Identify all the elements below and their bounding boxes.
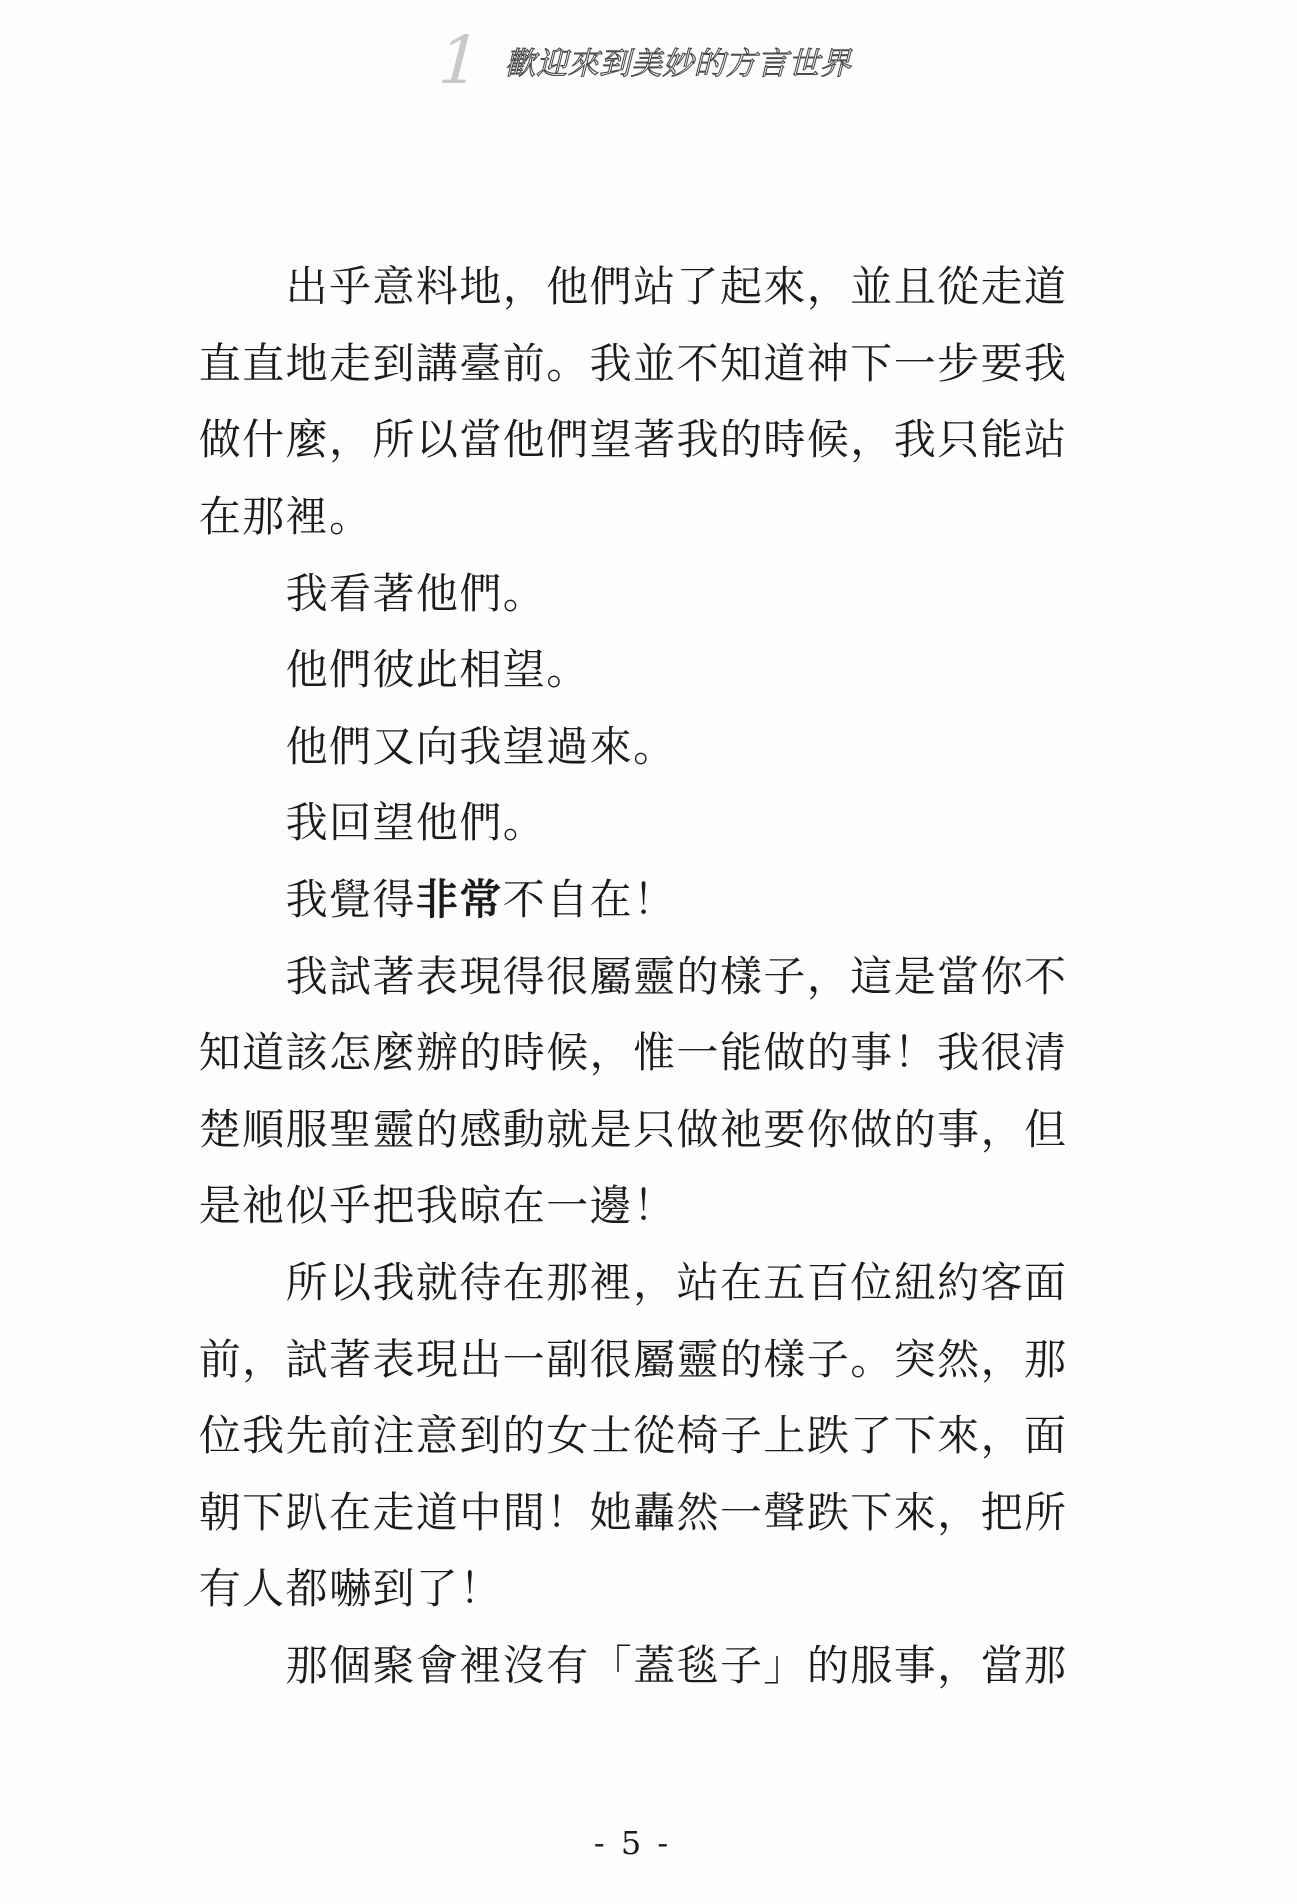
text-line: 我看著他們。: [198, 552, 1067, 629]
glyph: 過: [546, 714, 589, 774]
glyph: ，: [589, 1020, 632, 1080]
glyph: 他: [502, 407, 545, 467]
glyph: 子: [763, 944, 806, 1004]
glyph: 了: [415, 1556, 458, 1616]
glyph: 直: [198, 331, 241, 391]
text-line: 在那裡。: [198, 476, 1067, 553]
glyph: 我: [285, 790, 328, 850]
text-line: 朝下趴在走道中間！她轟然一聲跌下來，把所: [198, 1472, 1067, 1549]
glyph: 的: [459, 1020, 502, 1080]
glyph: 動: [502, 1097, 545, 1157]
text-line: 楚順服聖靈的感動就是只做祂要你做的事，但: [198, 1089, 1067, 1166]
glyph: 著: [372, 944, 415, 1004]
glyph: 來: [936, 1403, 979, 1463]
book-page: 1 歡迎來到美妙的方言世界 出乎意料地，他們站了起來，並且從走道直直地走到講臺前…: [0, 0, 1297, 1904]
glyph: 的: [502, 1403, 545, 1463]
glyph: 乎: [328, 1173, 371, 1233]
glyph: 我: [241, 1403, 284, 1463]
glyph: 我: [285, 867, 328, 927]
glyph: 道: [1023, 254, 1066, 314]
text-line: 前，試著表現出一副很屬靈的樣子。突然，那: [198, 1318, 1067, 1395]
glyph: ，: [806, 944, 849, 1004]
glyph: 我: [1023, 331, 1066, 391]
glyph: 到: [372, 1556, 415, 1616]
glyph: 乎: [328, 254, 371, 314]
glyph: 地: [459, 254, 502, 314]
glyph: 從: [936, 254, 979, 314]
glyph: 的: [719, 407, 762, 467]
glyph: 得: [372, 867, 415, 927]
glyph: 在: [328, 1480, 371, 1540]
glyph: ，: [502, 254, 545, 314]
glyph: 能: [980, 407, 1023, 467]
glyph: 五: [763, 1250, 806, 1310]
glyph: 意: [372, 254, 415, 314]
glyph: 站: [676, 1250, 719, 1310]
glyph: 那: [1023, 1633, 1066, 1693]
glyph: 望: [502, 714, 545, 774]
glyph: 很: [546, 944, 589, 1004]
glyph: 們: [328, 637, 371, 697]
glyph: ，: [632, 1250, 675, 1310]
glyph: 地: [285, 331, 328, 391]
glyph: 都: [285, 1556, 328, 1616]
glyph: ，: [936, 1480, 979, 1540]
glyph: 然: [936, 1327, 979, 1387]
glyph: 時: [763, 407, 806, 467]
glyph: 我: [285, 944, 328, 1004]
glyph: 們: [459, 561, 502, 621]
glyph: 百: [806, 1250, 849, 1310]
glyph: 到: [372, 331, 415, 391]
glyph: 講: [415, 331, 458, 391]
glyph: 子: [806, 1327, 849, 1387]
glyph: 」: [763, 1633, 806, 1693]
glyph: 所: [372, 407, 415, 467]
text-line: 他們又向我望過來。: [198, 706, 1067, 783]
glyph: 似: [285, 1173, 328, 1233]
glyph: 了: [676, 254, 719, 314]
glyph: 聚: [372, 1633, 415, 1693]
glyph: 從: [632, 1403, 675, 1463]
glyph: 站: [632, 254, 675, 314]
glyph: 楚: [198, 1097, 241, 1157]
glyph: 所: [1023, 1480, 1066, 1540]
glyph: 出: [285, 254, 328, 314]
glyph: 我: [372, 1250, 415, 1310]
glyph: 聖: [328, 1097, 371, 1157]
text-line: 是祂似乎把我晾在一邊！: [198, 1165, 1067, 1242]
glyph: 裡: [285, 484, 328, 544]
glyph: 相: [459, 637, 502, 697]
glyph: 表: [372, 1327, 415, 1387]
text-line: 知道該怎麼辦的時候，惟一能做的事！我很清: [198, 1012, 1067, 1089]
glyph: 要: [763, 1097, 806, 1157]
glyph: 要: [980, 331, 1023, 391]
glyph: 一: [893, 331, 936, 391]
glyph: 直: [241, 331, 284, 391]
glyph: 走: [980, 254, 1023, 314]
glyph: 我: [893, 407, 936, 467]
glyph: 的: [719, 1327, 762, 1387]
glyph: 辦: [415, 1020, 458, 1080]
glyph: 在: [719, 1250, 762, 1310]
glyph: 他: [285, 714, 328, 774]
glyph: 上: [763, 1403, 806, 1463]
text-line: 那個聚會裡沒有「蓋毯子」的服事，當那: [198, 1625, 1067, 1702]
glyph: 女: [546, 1403, 589, 1463]
glyph: 很: [980, 1020, 1023, 1080]
glyph: 副: [546, 1327, 589, 1387]
glyph: 當: [980, 1633, 1023, 1693]
glyph: 的: [806, 1633, 849, 1693]
glyph: 他: [546, 254, 589, 314]
glyph: 現: [459, 944, 502, 1004]
glyph: 前: [198, 1327, 241, 1387]
glyph: 。: [546, 331, 589, 391]
glyph: 。: [546, 637, 589, 697]
glyph: 出: [459, 1327, 502, 1387]
glyph: 靈: [676, 1327, 719, 1387]
glyph: 走: [328, 331, 371, 391]
glyph: 然: [676, 1480, 719, 1540]
glyph: 她: [589, 1480, 632, 1540]
glyph: 。: [502, 790, 545, 850]
glyph: 面: [1023, 1403, 1066, 1463]
glyph: ，: [328, 407, 371, 467]
glyph: 。: [850, 1327, 893, 1387]
glyph: 在: [502, 1250, 545, 1310]
glyph: 望: [502, 637, 545, 697]
chapter-header: 1 歡迎來到美妙的方言世界: [438, 34, 854, 88]
text-line: 做什麼，所以當他們望著我的時候，我只能站: [198, 399, 1067, 476]
page-number: - 5 -: [198, 1824, 1067, 1862]
glyph: ，: [850, 407, 893, 467]
glyph: 把: [980, 1480, 1023, 1540]
glyph: 望: [372, 790, 415, 850]
glyph: 當: [936, 944, 979, 1004]
glyph: 他: [415, 561, 458, 621]
glyph: 前: [328, 1403, 371, 1463]
glyph: 事: [850, 1020, 893, 1080]
glyph: 毯: [676, 1633, 719, 1693]
glyph: ，: [806, 254, 849, 314]
glyph: 所: [285, 1250, 328, 1310]
glyph: 意: [415, 1403, 458, 1463]
glyph: 做: [676, 1097, 719, 1157]
glyph: 前: [502, 331, 545, 391]
glyph: 的: [415, 1097, 458, 1157]
glyph: 間: [502, 1480, 545, 1540]
text-line: 出乎意料地，他們站了起來，並且從走道: [198, 246, 1067, 323]
glyph: 知: [198, 1020, 241, 1080]
glyph: 我: [676, 407, 719, 467]
glyph: 道: [241, 1020, 284, 1080]
glyph: 得: [502, 944, 545, 1004]
glyph: ！: [893, 1020, 936, 1080]
glyph: 沒: [502, 1633, 545, 1693]
glyph: 屬: [589, 944, 632, 1004]
glyph: 屬: [632, 1327, 675, 1387]
glyph: 怎: [328, 1020, 371, 1080]
glyph: ！: [632, 1173, 675, 1233]
glyph: 此: [415, 637, 458, 697]
emphasis-glyph: 非: [415, 867, 458, 927]
glyph: 看: [328, 561, 371, 621]
glyph: 樣: [763, 1327, 806, 1387]
glyph: 先: [285, 1403, 328, 1463]
glyph: 以: [328, 1250, 371, 1310]
glyph: ，: [936, 1633, 979, 1693]
glyph: 那: [285, 1633, 328, 1693]
glyph: 的: [676, 944, 719, 1004]
glyph: 一: [502, 1327, 545, 1387]
glyph: 來: [589, 714, 632, 774]
glyph: ，: [980, 1403, 1023, 1463]
glyph: 不: [502, 867, 545, 927]
chapter-number: 1: [431, 34, 486, 88]
glyph: 一: [719, 1480, 762, 1540]
glyph: 有: [198, 1556, 241, 1616]
glyph: 。: [632, 714, 675, 774]
glyph: 注: [372, 1403, 415, 1463]
glyph: 聲: [763, 1480, 806, 1540]
glyph: 士: [589, 1403, 632, 1463]
glyph: 道: [763, 331, 806, 391]
glyph: 會: [415, 1633, 458, 1693]
glyph: 蓋: [632, 1633, 675, 1693]
glyph: 我: [415, 1173, 458, 1233]
glyph: 但: [1023, 1097, 1066, 1157]
glyph: 覺: [328, 867, 371, 927]
glyph: 靈: [632, 944, 675, 1004]
glyph: 料: [415, 254, 458, 314]
glyph: 麼: [372, 1020, 415, 1080]
glyph: ！: [459, 1556, 502, 1616]
glyph: 位: [198, 1403, 241, 1463]
glyph: 樣: [719, 944, 762, 1004]
glyph: 朝: [198, 1480, 241, 1540]
glyph: 試: [285, 1327, 328, 1387]
glyph: 我: [459, 714, 502, 774]
glyph: ，: [241, 1327, 284, 1387]
glyph: 著: [632, 407, 675, 467]
text-line: 他們彼此相望。: [198, 629, 1067, 706]
glyph: 且: [893, 254, 936, 314]
glyph: 知: [719, 331, 762, 391]
glyph: 道: [415, 1480, 458, 1540]
glyph: 下: [241, 1480, 284, 1540]
glyph: 試: [328, 944, 371, 1004]
glyph: 位: [850, 1250, 893, 1310]
glyph: 子: [719, 1403, 762, 1463]
glyph: 邊: [589, 1173, 632, 1233]
glyph: 並: [632, 331, 675, 391]
glyph: 該: [285, 1020, 328, 1080]
glyph: 我: [285, 561, 328, 621]
glyph: 那: [241, 484, 284, 544]
glyph: 服: [850, 1633, 893, 1693]
glyph: 趴: [285, 1480, 328, 1540]
glyph: 臺: [459, 331, 502, 391]
glyph: 祂: [719, 1097, 762, 1157]
glyph: 他: [415, 790, 458, 850]
text-line: 我回望他們。: [198, 782, 1067, 859]
glyph: 在: [502, 1173, 545, 1233]
glyph: 們: [589, 254, 632, 314]
glyph: 到: [459, 1403, 502, 1463]
glyph: 我: [589, 331, 632, 391]
glyph: 事: [936, 1097, 979, 1157]
glyph: 回: [328, 790, 371, 850]
glyph: ，: [980, 1097, 1023, 1157]
glyph: ！: [546, 1480, 589, 1540]
glyph: 著: [372, 561, 415, 621]
glyph: 有: [546, 1633, 589, 1693]
glyph: 只: [936, 407, 979, 467]
text-line: 我試著表現得很屬靈的樣子，這是當你不: [198, 935, 1067, 1012]
glyph: 一: [546, 1173, 589, 1233]
glyph: 又: [372, 714, 415, 774]
glyph: 的: [893, 1097, 936, 1157]
glyph: 椅: [676, 1403, 719, 1463]
glyph: 一: [676, 1020, 719, 1080]
glyph: 只: [632, 1097, 675, 1157]
glyph: 下: [850, 1480, 893, 1540]
glyph: 祂: [241, 1173, 284, 1233]
glyph: 那: [546, 1250, 589, 1310]
glyph: 走: [372, 1480, 415, 1540]
glyph: 「: [589, 1633, 632, 1693]
glyph: 裡: [459, 1633, 502, 1693]
glyph: 子: [719, 1633, 762, 1693]
glyph: 了: [850, 1403, 893, 1463]
glyph: 待: [459, 1250, 502, 1310]
glyph: 不: [676, 331, 719, 391]
glyph: 。: [328, 484, 371, 544]
glyph: 裡: [589, 1250, 632, 1310]
chapter-title: 歡迎來到美妙的方言世界: [503, 47, 858, 83]
glyph: 。: [502, 561, 545, 621]
glyph: 做: [763, 1020, 806, 1080]
glyph: 面: [1023, 1250, 1066, 1310]
glyph: 惟: [632, 1020, 675, 1080]
glyph: 清: [1023, 1020, 1066, 1080]
glyph: 下: [850, 331, 893, 391]
glyph: 客: [980, 1250, 1023, 1310]
glyph: 自: [546, 867, 589, 927]
body-text: 出乎意料地，他們站了起來，並且從走道直直地走到講臺前。我並不知道神下一步要我做什…: [198, 246, 1067, 1701]
glyph: ！: [632, 867, 675, 927]
glyph: 服: [285, 1097, 328, 1157]
glyph: 神: [806, 331, 849, 391]
glyph: 就: [546, 1097, 589, 1157]
glyph: 起: [719, 254, 762, 314]
glyph: 候: [806, 407, 849, 467]
glyph: 跌: [806, 1480, 849, 1540]
text-line: 有人都嚇到了！: [198, 1548, 1067, 1625]
glyph: 現: [415, 1327, 458, 1387]
glyph: 把: [372, 1173, 415, 1233]
glyph: 什: [241, 407, 284, 467]
glyph: 做: [850, 1097, 893, 1157]
glyph: 中: [459, 1480, 502, 1540]
glyph: 表: [415, 944, 458, 1004]
glyph: 事: [893, 1633, 936, 1693]
glyph: 時: [502, 1020, 545, 1080]
glyph: 轟: [632, 1480, 675, 1540]
glyph: 很: [589, 1327, 632, 1387]
glyph: 你: [980, 944, 1023, 1004]
glyph: 個: [328, 1633, 371, 1693]
glyph: 能: [719, 1020, 762, 1080]
glyph: 人: [241, 1556, 284, 1616]
glyph: 並: [850, 254, 893, 314]
text-line: 直直地走到講臺前。我並不知道神下一步要我: [198, 323, 1067, 400]
glyph: 當: [459, 407, 502, 467]
glyph: 順: [241, 1097, 284, 1157]
glyph: 這: [850, 944, 893, 1004]
glyph: 就: [415, 1250, 458, 1310]
glyph: 來: [763, 254, 806, 314]
glyph: 你: [806, 1097, 849, 1157]
glyph: 嚇: [328, 1556, 371, 1616]
glyph: 的: [806, 1020, 849, 1080]
glyph: 跌: [806, 1403, 849, 1463]
glyph: 麼: [285, 407, 328, 467]
glyph: 步: [936, 331, 979, 391]
text-line: 位我先前注意到的女士從椅子上跌了下來，面: [198, 1395, 1067, 1472]
glyph: 們: [459, 790, 502, 850]
glyph: 不: [1023, 944, 1066, 1004]
glyph: 靈: [372, 1097, 415, 1157]
glyph: 是: [198, 1173, 241, 1233]
glyph: 是: [589, 1097, 632, 1157]
text-line: 我覺得非常不自在！: [198, 859, 1067, 936]
glyph: 我: [936, 1020, 979, 1080]
glyph: 那: [1023, 1327, 1066, 1387]
glyph: 向: [415, 714, 458, 774]
glyph: 們: [328, 714, 371, 774]
glyph: 紐: [893, 1250, 936, 1310]
glyph: 們: [546, 407, 589, 467]
glyph: 在: [589, 867, 632, 927]
glyph: 晾: [459, 1173, 502, 1233]
glyph: 做: [198, 407, 241, 467]
glyph: 在: [198, 484, 241, 544]
glyph: 望: [589, 407, 632, 467]
glyph: 感: [459, 1097, 502, 1157]
glyph: 他: [285, 637, 328, 697]
glyph: ，: [980, 1327, 1023, 1387]
glyph: 著: [328, 1327, 371, 1387]
glyph: 下: [893, 1403, 936, 1463]
glyph: 以: [415, 407, 458, 467]
glyph: 是: [893, 944, 936, 1004]
emphasis-glyph: 常: [459, 867, 502, 927]
glyph: 突: [893, 1327, 936, 1387]
glyph: 彼: [372, 637, 415, 697]
glyph: 候: [546, 1020, 589, 1080]
glyph: 約: [936, 1250, 979, 1310]
glyph: 站: [1023, 407, 1066, 467]
text-line: 所以我就待在那裡，站在五百位紐約客面: [198, 1242, 1067, 1319]
glyph: 來: [893, 1480, 936, 1540]
